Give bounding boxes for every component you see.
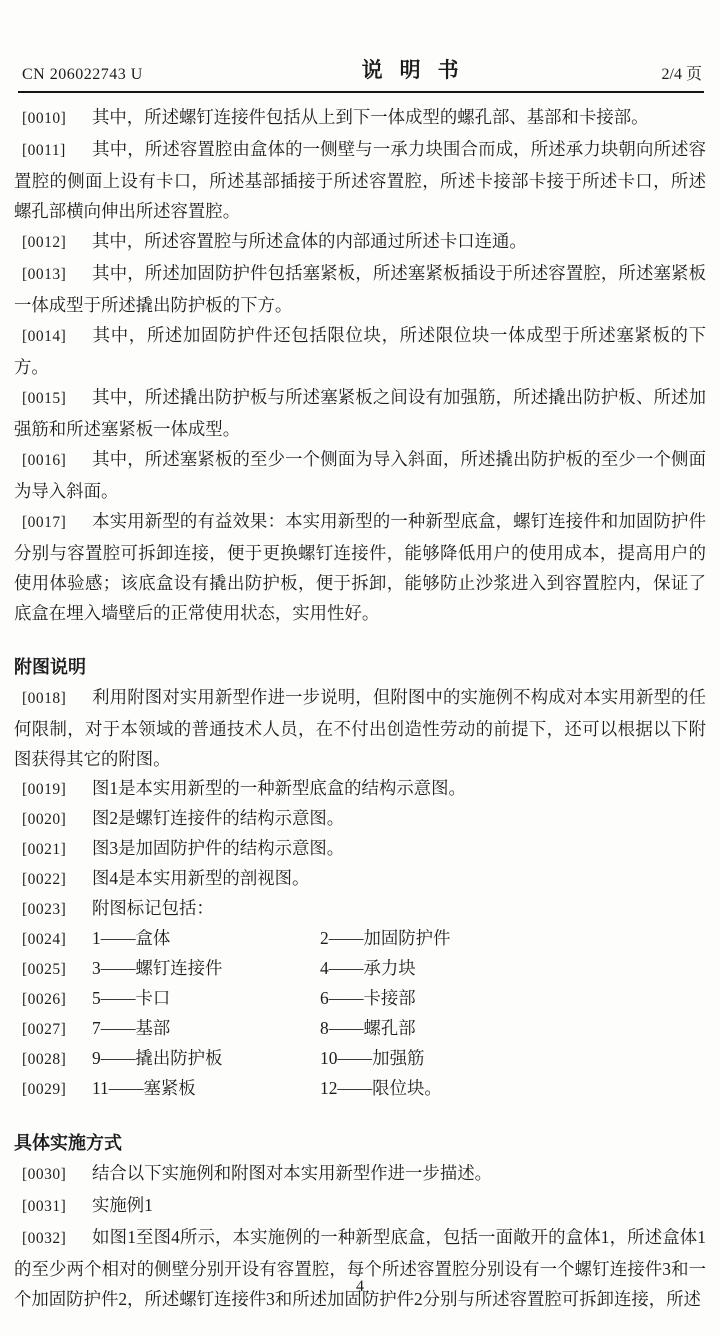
paragraph-text: 图4是本实用新型的剖视图。 [92,868,309,888]
paragraph-number: [0017] [22,508,92,538]
paragraph-text: 利用附图对实用新型作进一步说明，但附图中的实施例不构成对本实用新型的任何限制，对… [14,687,706,769]
section-heading-figures: 附图说明 [14,652,706,682]
reference-item: 12——限位块。 [320,1078,442,1098]
paragraph-number: [0029] [22,1075,92,1104]
paragraph-0030: [0030]结合以下实施例和附图对本实用新型作进一步描述。 [14,1158,706,1190]
reference-item: 8——螺孔部 [320,1018,416,1038]
paragraph-text: 图1是本实用新型的一种新型底盒的结构示意图。 [92,778,466,798]
paragraph-0015: [0015]其中，所述撬出防护板与所述塞紧板之间设有加强筋，所述撬出防护板、所述… [14,382,706,444]
paragraph-number: [0027] [22,1015,92,1044]
paragraph-number: [0019] [22,775,92,804]
reference-item: 11——塞紧板 [92,1074,320,1103]
paragraph-0013: [0013]其中，所述加固防护件包括塞紧板，所述塞紧板插设于所述容置腔，所述塞紧… [14,258,706,320]
paragraph-number: [0032] [22,1224,92,1254]
paragraph-number: [0031] [22,1192,92,1222]
paragraph-text: 图3是加固防护件的结构示意图。 [92,838,344,858]
paragraph-number: [0018] [22,684,92,714]
paragraph-0012: [0012]其中，所述容置腔与所述盒体的内部通过所述卡口连通。 [14,226,706,258]
paragraph-number: [0021] [22,835,92,864]
reference-item: 7——基部 [92,1014,320,1043]
reference-row-0025: [0025]3——螺钉连接件4——承力块 [14,954,706,984]
reference-item: 10——加强筋 [320,1048,424,1068]
paragraph-number: [0023] [22,895,92,924]
paragraph-text: 其中，所述容置腔与所述盒体的内部通过所述卡口连通。 [92,231,527,251]
page-header: CN 206022743 U 说明书 2/4 页 [14,58,706,84]
paragraph-text: 实施例1 [92,1195,153,1215]
paragraph-number: [0028] [22,1045,92,1074]
reference-row-0026: [0026]5——卡口6——卡接部 [14,984,706,1014]
paragraph-0020: [0020]图2是螺钉连接件的结构示意图。 [14,804,706,834]
paragraph-text: 其中，所述撬出防护板与所述塞紧板之间设有加强筋，所述撬出防护板、所述加强筋和所述… [14,387,706,439]
figure-caption-list: [0019]图1是本实用新型的一种新型底盒的结构示意图。 [0020]图2是螺钉… [14,774,706,924]
document-number: CN 206022743 U [14,66,143,84]
reference-item: 4——承力块 [320,958,416,978]
section-heading-implementation: 具体实施方式 [14,1128,706,1158]
reference-numeral-list: [0024]1——盒体2——加固防护件 [0025]3——螺钉连接件4——承力块… [14,924,706,1104]
paragraph-number: [0016] [22,446,92,476]
paragraph-text: 图2是螺钉连接件的结构示意图。 [92,808,344,828]
paragraph-number: [0022] [22,865,92,894]
paragraph-0014: [0014]其中，所述加固防护件还包括限位块，所述限位块一体成型于所述塞紧板的下… [14,320,706,382]
paragraph-0021: [0021]图3是加固防护件的结构示意图。 [14,834,706,864]
paragraph-text: 附图标记包括： [92,898,214,918]
patent-specification-page: CN 206022743 U 说明书 2/4 页 [0010]其中，所述螺钉连接… [0,0,720,1336]
reference-item: 6——卡接部 [320,988,416,1008]
paragraph-0016: [0016]其中，所述塞紧板的至少一个侧面为导入斜面，所述撬出防护板的至少一个侧… [14,444,706,506]
paragraph-number: [0010] [22,104,92,134]
paragraph-number: [0024] [22,925,92,954]
paragraph-number: [0013] [22,260,92,290]
paragraph-number: [0030] [22,1160,92,1190]
reference-item: 5——卡口 [92,984,320,1013]
reference-item: 3——螺钉连接件 [92,954,320,983]
reference-item: 2——加固防护件 [320,928,450,948]
paragraph-0032: [0032]如图1至图4所示，本实施例的一种新型底盒，包括一面敞开的盒体1，所述… [14,1222,706,1314]
page-indicator: 2/4 页 [662,61,706,84]
paragraph-number: [0012] [22,228,92,258]
reference-item: 1——盒体 [92,924,320,953]
paragraph-text: 结合以下实施例和附图对本实用新型作进一步描述。 [92,1163,492,1183]
paragraph-0017: [0017]本实用新型的有益效果：本实用新型的一种新型底盒，螺钉连接件和加固防护… [14,506,706,628]
paragraph-text: 其中，所述加固防护件还包括限位块，所述限位块一体成型于所述塞紧板的下方。 [14,325,706,377]
paragraph-0031: [0031]实施例1 [14,1190,706,1222]
paragraph-text: 本实用新型的有益效果：本实用新型的一种新型底盒，螺钉连接件和加固防护件分别与容置… [14,511,706,623]
paragraph-text: 其中，所述容置腔由盒体的一侧壁与一承力块围合而成，所述承力块朝向所述容置腔的侧面… [14,139,706,221]
paragraph-number: [0015] [22,384,92,414]
reference-row-0029: [0029]11——塞紧板12——限位块。 [14,1074,706,1104]
paragraph-0023: [0023]附图标记包括： [14,894,706,924]
paragraph-number: [0020] [22,805,92,834]
paragraph-text: 其中，所述塞紧板的至少一个侧面为导入斜面，所述撬出防护板的至少一个侧面为导入斜面… [14,449,706,501]
paragraph-0011: [0011]其中，所述容置腔由盒体的一侧壁与一承力块围合而成，所述承力块朝向所述… [14,134,706,226]
reference-row-0027: [0027]7——基部8——螺孔部 [14,1014,706,1044]
paragraph-number: [0025] [22,955,92,984]
specification-content: [0010]其中，所述螺钉连接件包括从上到下一体成型的螺孔部、基部和卡接部。 [… [14,102,706,1314]
paragraph-0010: [0010]其中，所述螺钉连接件包括从上到下一体成型的螺孔部、基部和卡接部。 [14,102,706,134]
paragraph-0018: [0018]利用附图对实用新型作进一步说明，但附图中的实施例不构成对本实用新型的… [14,682,706,774]
paragraph-number: [0011] [22,136,92,166]
paragraph-0022: [0022]图4是本实用新型的剖视图。 [14,864,706,894]
reference-row-0024: [0024]1——盒体2——加固防护件 [14,924,706,954]
paragraph-text: 其中，所述螺钉连接件包括从上到下一体成型的螺孔部、基部和卡接部。 [92,107,649,127]
header-rule [18,91,704,93]
reference-row-0028: [0028]9——撬出防护板10——加强筋 [14,1044,706,1074]
paragraph-number: [0026] [22,985,92,1014]
paragraph-0019: [0019]图1是本实用新型的一种新型底盒的结构示意图。 [14,774,706,804]
page-footer: 4 [0,1278,720,1296]
paragraph-number: [0014] [22,322,92,352]
paragraph-text: 其中，所述加固防护件包括塞紧板，所述塞紧板插设于所述容置腔，所述塞紧板一体成型于… [14,263,706,315]
paragraph-text: 如图1至图4所示，本实施例的一种新型底盒，包括一面敞开的盒体1，所述盒体1的至少… [14,1227,706,1309]
reference-item: 9——撬出防护板 [92,1044,320,1073]
page-number: 4 [356,1278,364,1295]
document-title: 说明书 [345,54,476,84]
